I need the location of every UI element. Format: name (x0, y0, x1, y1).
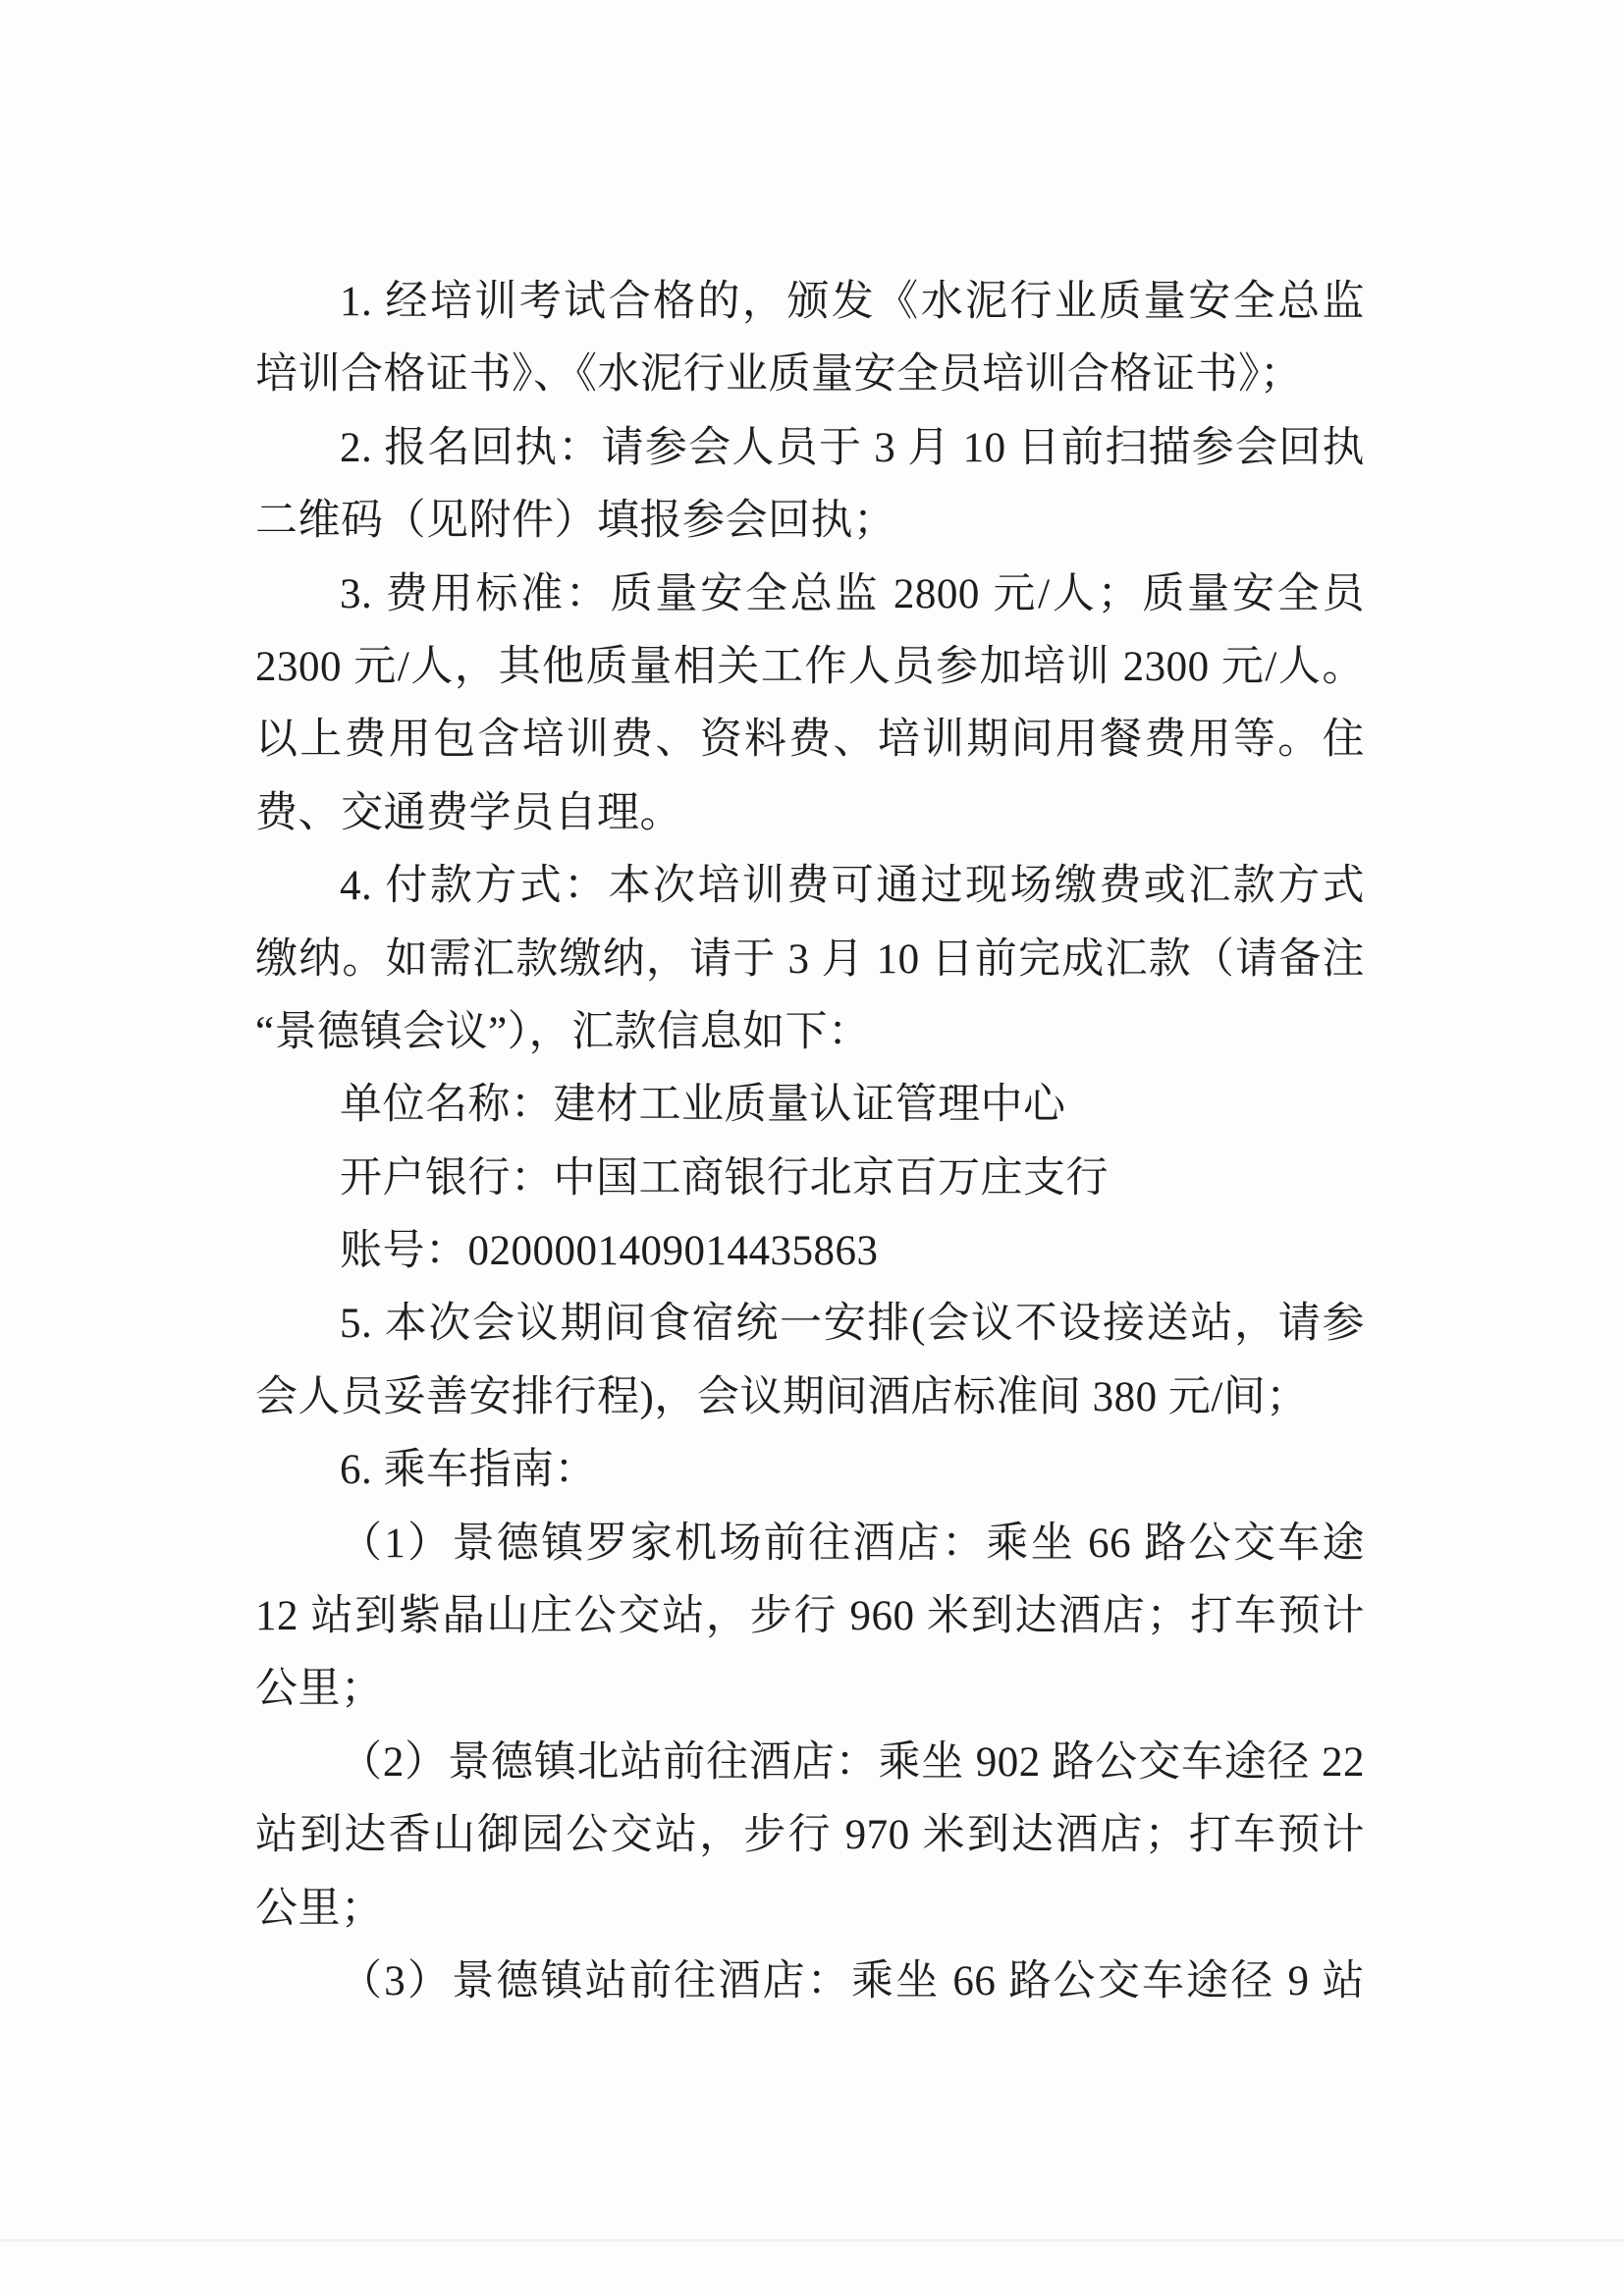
line-01: 1. 经培训考试合格的，颁发《水泥行业质量安全总监 (255, 266, 1365, 339)
line-21: （2）景德镇北站前往酒店：乘坐 902 路公交车途径 22 (255, 1727, 1365, 1799)
line-11: “景德镇会议”），汇款信息如下： (255, 996, 1365, 1069)
document-text-block: 1. 经培训考试合格的，颁发《水泥行业质量安全总监 培训合格证书》、《水泥行业质… (255, 266, 1365, 2018)
line-12-company-name: 单位名称：建材工业质量认证管理中心 (255, 1069, 1365, 1142)
line-06: 2300 元/人，其他质量相关工作人员参加培训 2300 元/人。 (255, 631, 1365, 704)
line-19: 12 站到紫晶山庄公交站，步行 960 米到达酒店；打车预计 6 (255, 1580, 1365, 1653)
line-16: 会人员妥善安排行程)，会议期间酒店标准间 380 元/间； (255, 1362, 1365, 1434)
line-22: 站到达香山御园公交站，步行 970 米到达酒店；打车预计 11 (255, 1799, 1365, 1872)
line-17: 6. 乘车指南： (255, 1434, 1365, 1507)
line-13-bank-name: 开户银行：中国工商银行北京百万庄支行 (255, 1143, 1365, 1215)
document-page: 1. 经培训考试合格的，颁发《水泥行业质量安全总监 培训合格证书》、《水泥行业质… (0, 0, 1624, 2296)
scan-artifact-line (0, 2239, 1624, 2242)
line-05: 3. 费用标准：质量安全总监 2800 元/人；质量安全员 (255, 559, 1365, 631)
line-18: （1）景德镇罗家机场前往酒店：乘坐 66 路公交车途径 (255, 1508, 1365, 1580)
line-07: 以上费用包含培训费、资料费、培训期间用餐费用等。住宿 (255, 704, 1365, 776)
line-10: 缴纳。如需汇款缴纳，请于 3 月 10 日前完成汇款（请备注 (255, 924, 1365, 996)
line-09: 4. 付款方式：本次培训费可通过现场缴费或汇款方式 (255, 850, 1365, 923)
line-24: （3）景德镇站前往酒店：乘坐 66 路公交车途径 9 站到 (255, 1946, 1365, 2018)
line-03: 2. 报名回执：请参会人员于 3 月 10 日前扫描参会回执 (255, 412, 1365, 485)
line-04: 二维码（见附件）填报参会回执； (255, 485, 1365, 558)
line-08: 费、交通费学员自理。 (255, 777, 1365, 850)
line-23: 公里； (255, 1873, 1365, 1946)
line-02: 培训合格证书》、《水泥行业质量安全员培训合格证书》； (255, 339, 1365, 411)
line-14-account-number: 账号：0200001409014435863 (255, 1215, 1365, 1288)
line-20: 公里； (255, 1653, 1365, 1726)
line-15: 5. 本次会议期间食宿统一安排(会议不设接送站，请参 (255, 1288, 1365, 1361)
